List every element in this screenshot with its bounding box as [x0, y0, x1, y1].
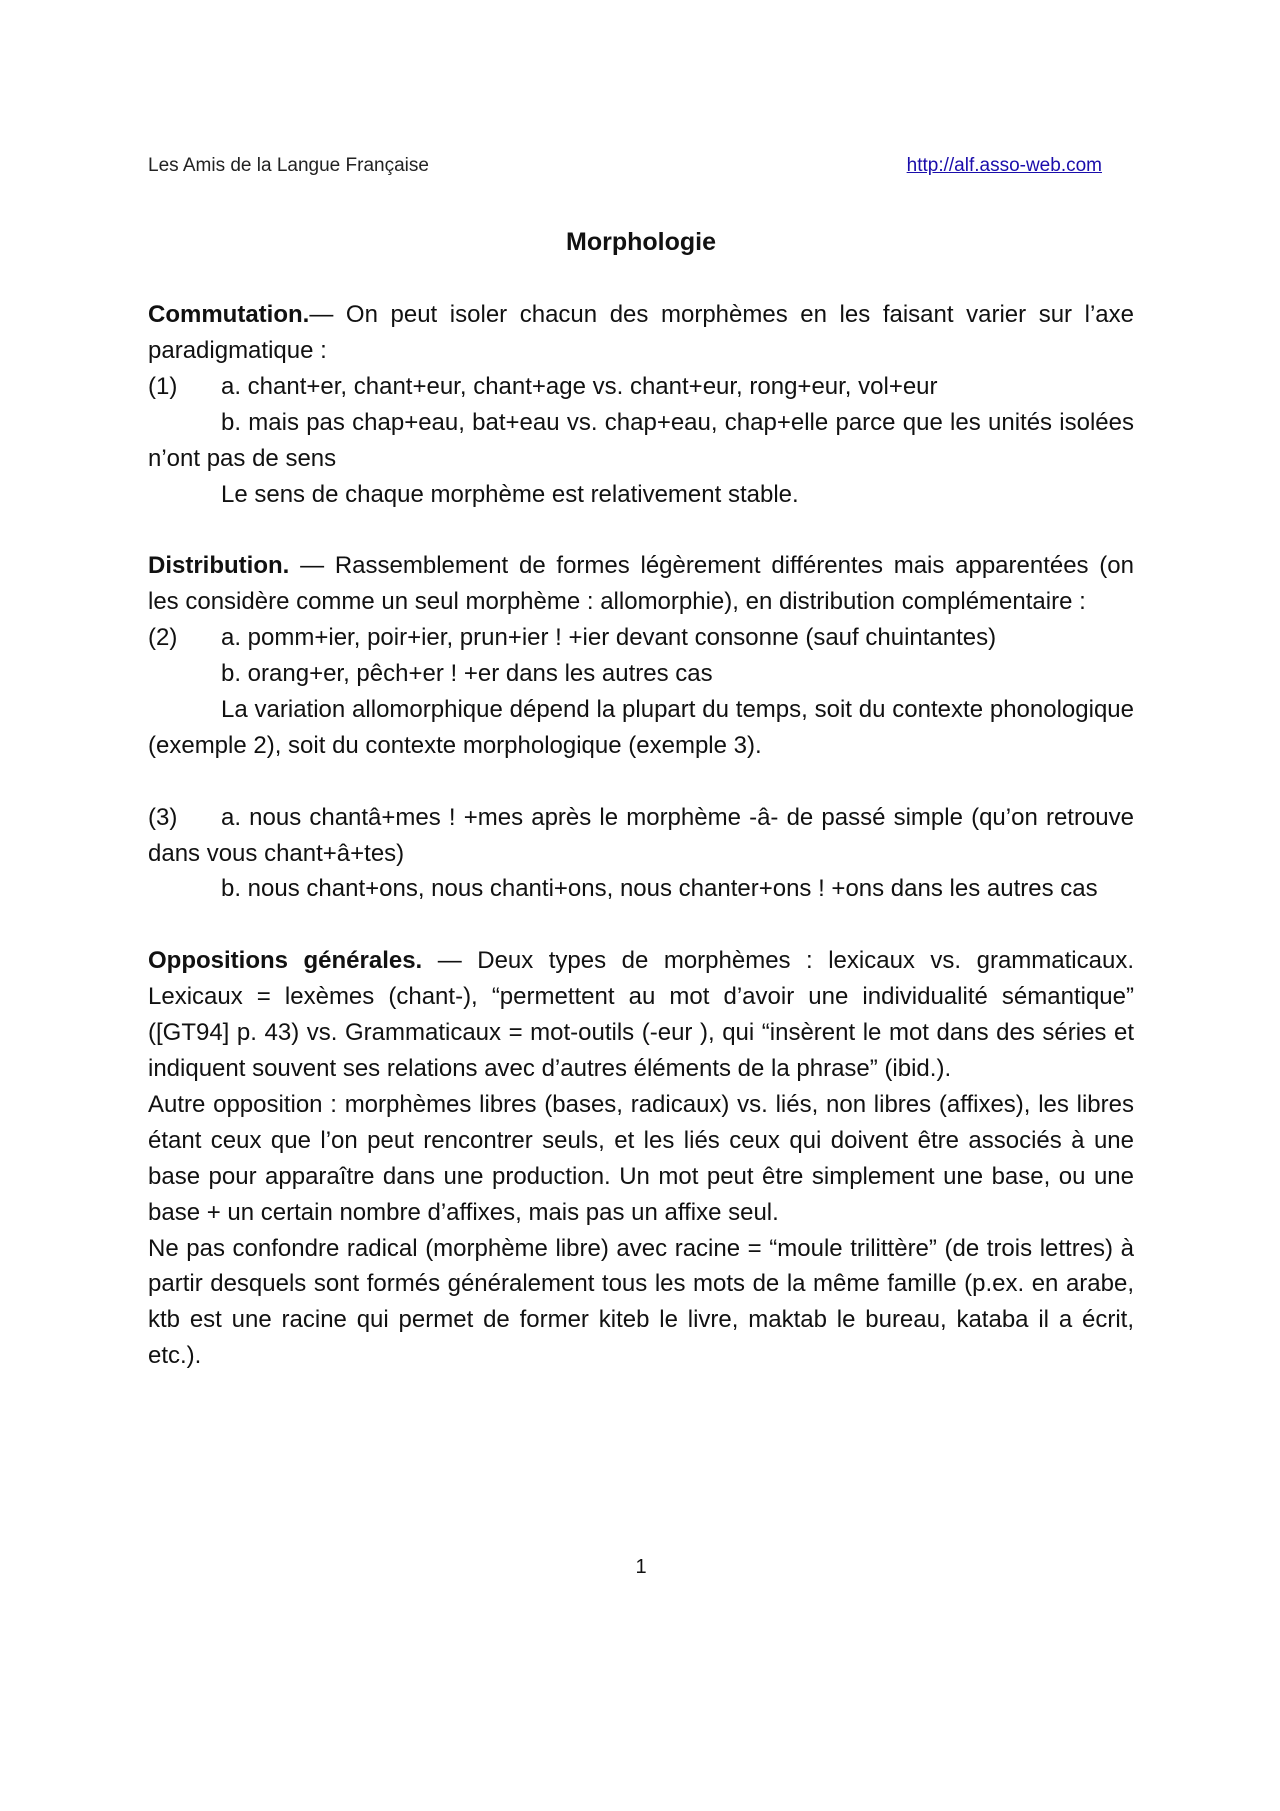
document-body: Commutation.— On peut isoler chacun des … — [148, 297, 1134, 1374]
example-1a: (1) a. chant+er, chant+eur, chant+age vs… — [148, 369, 1134, 405]
example-1b: b. mais pas chap+eau, bat+eau vs. chap+e… — [148, 405, 1134, 477]
example-number: (1) — [148, 369, 221, 405]
commutation-note: Le sens de chaque morphème est relativem… — [148, 477, 1134, 513]
example-number: (2) — [148, 620, 221, 656]
example-3a: (3)a. nous chantâ+mes ! +mes après le mo… — [148, 800, 1134, 872]
distribution-heading: Distribution. — [148, 552, 289, 579]
commutation-heading: Commutation. — [148, 301, 309, 328]
page-header: Les Amis de la Langue Française http://a… — [148, 155, 1134, 177]
commutation-intro: Commutation.— On peut isoler chacun des … — [148, 297, 1134, 369]
website-link[interactable]: http://alf.asso-web.com — [907, 155, 1102, 177]
oppositions-heading: Oppositions générales. — [148, 947, 422, 974]
organization-name: Les Amis de la Langue Française — [148, 155, 429, 177]
oppositions-paragraph-1: Oppositions générales. — Deux types de m… — [148, 943, 1134, 1087]
oppositions-paragraph-3: Ne pas confondre radical (morphème libre… — [148, 1231, 1134, 1375]
page-title: Morphologie — [148, 228, 1134, 257]
distribution-intro: Distribution. — Rassemblement de formes … — [148, 548, 1134, 620]
example-2a: (2) a. pomm+ier, poir+ier, prun+ier ! +i… — [148, 620, 1134, 656]
example-number: (3) — [148, 800, 221, 836]
example-3b: b. nous chant+ons, nous chanti+ons, nous… — [148, 871, 1134, 907]
page-number: 1 — [148, 1556, 1134, 1579]
oppositions-paragraph-2: Autre opposition : morphèmes libres (bas… — [148, 1087, 1134, 1231]
example-2b: b. orang+er, pêch+er ! +er dans les autr… — [148, 656, 1134, 692]
distribution-note: La variation allomorphique dépend la plu… — [148, 692, 1134, 764]
